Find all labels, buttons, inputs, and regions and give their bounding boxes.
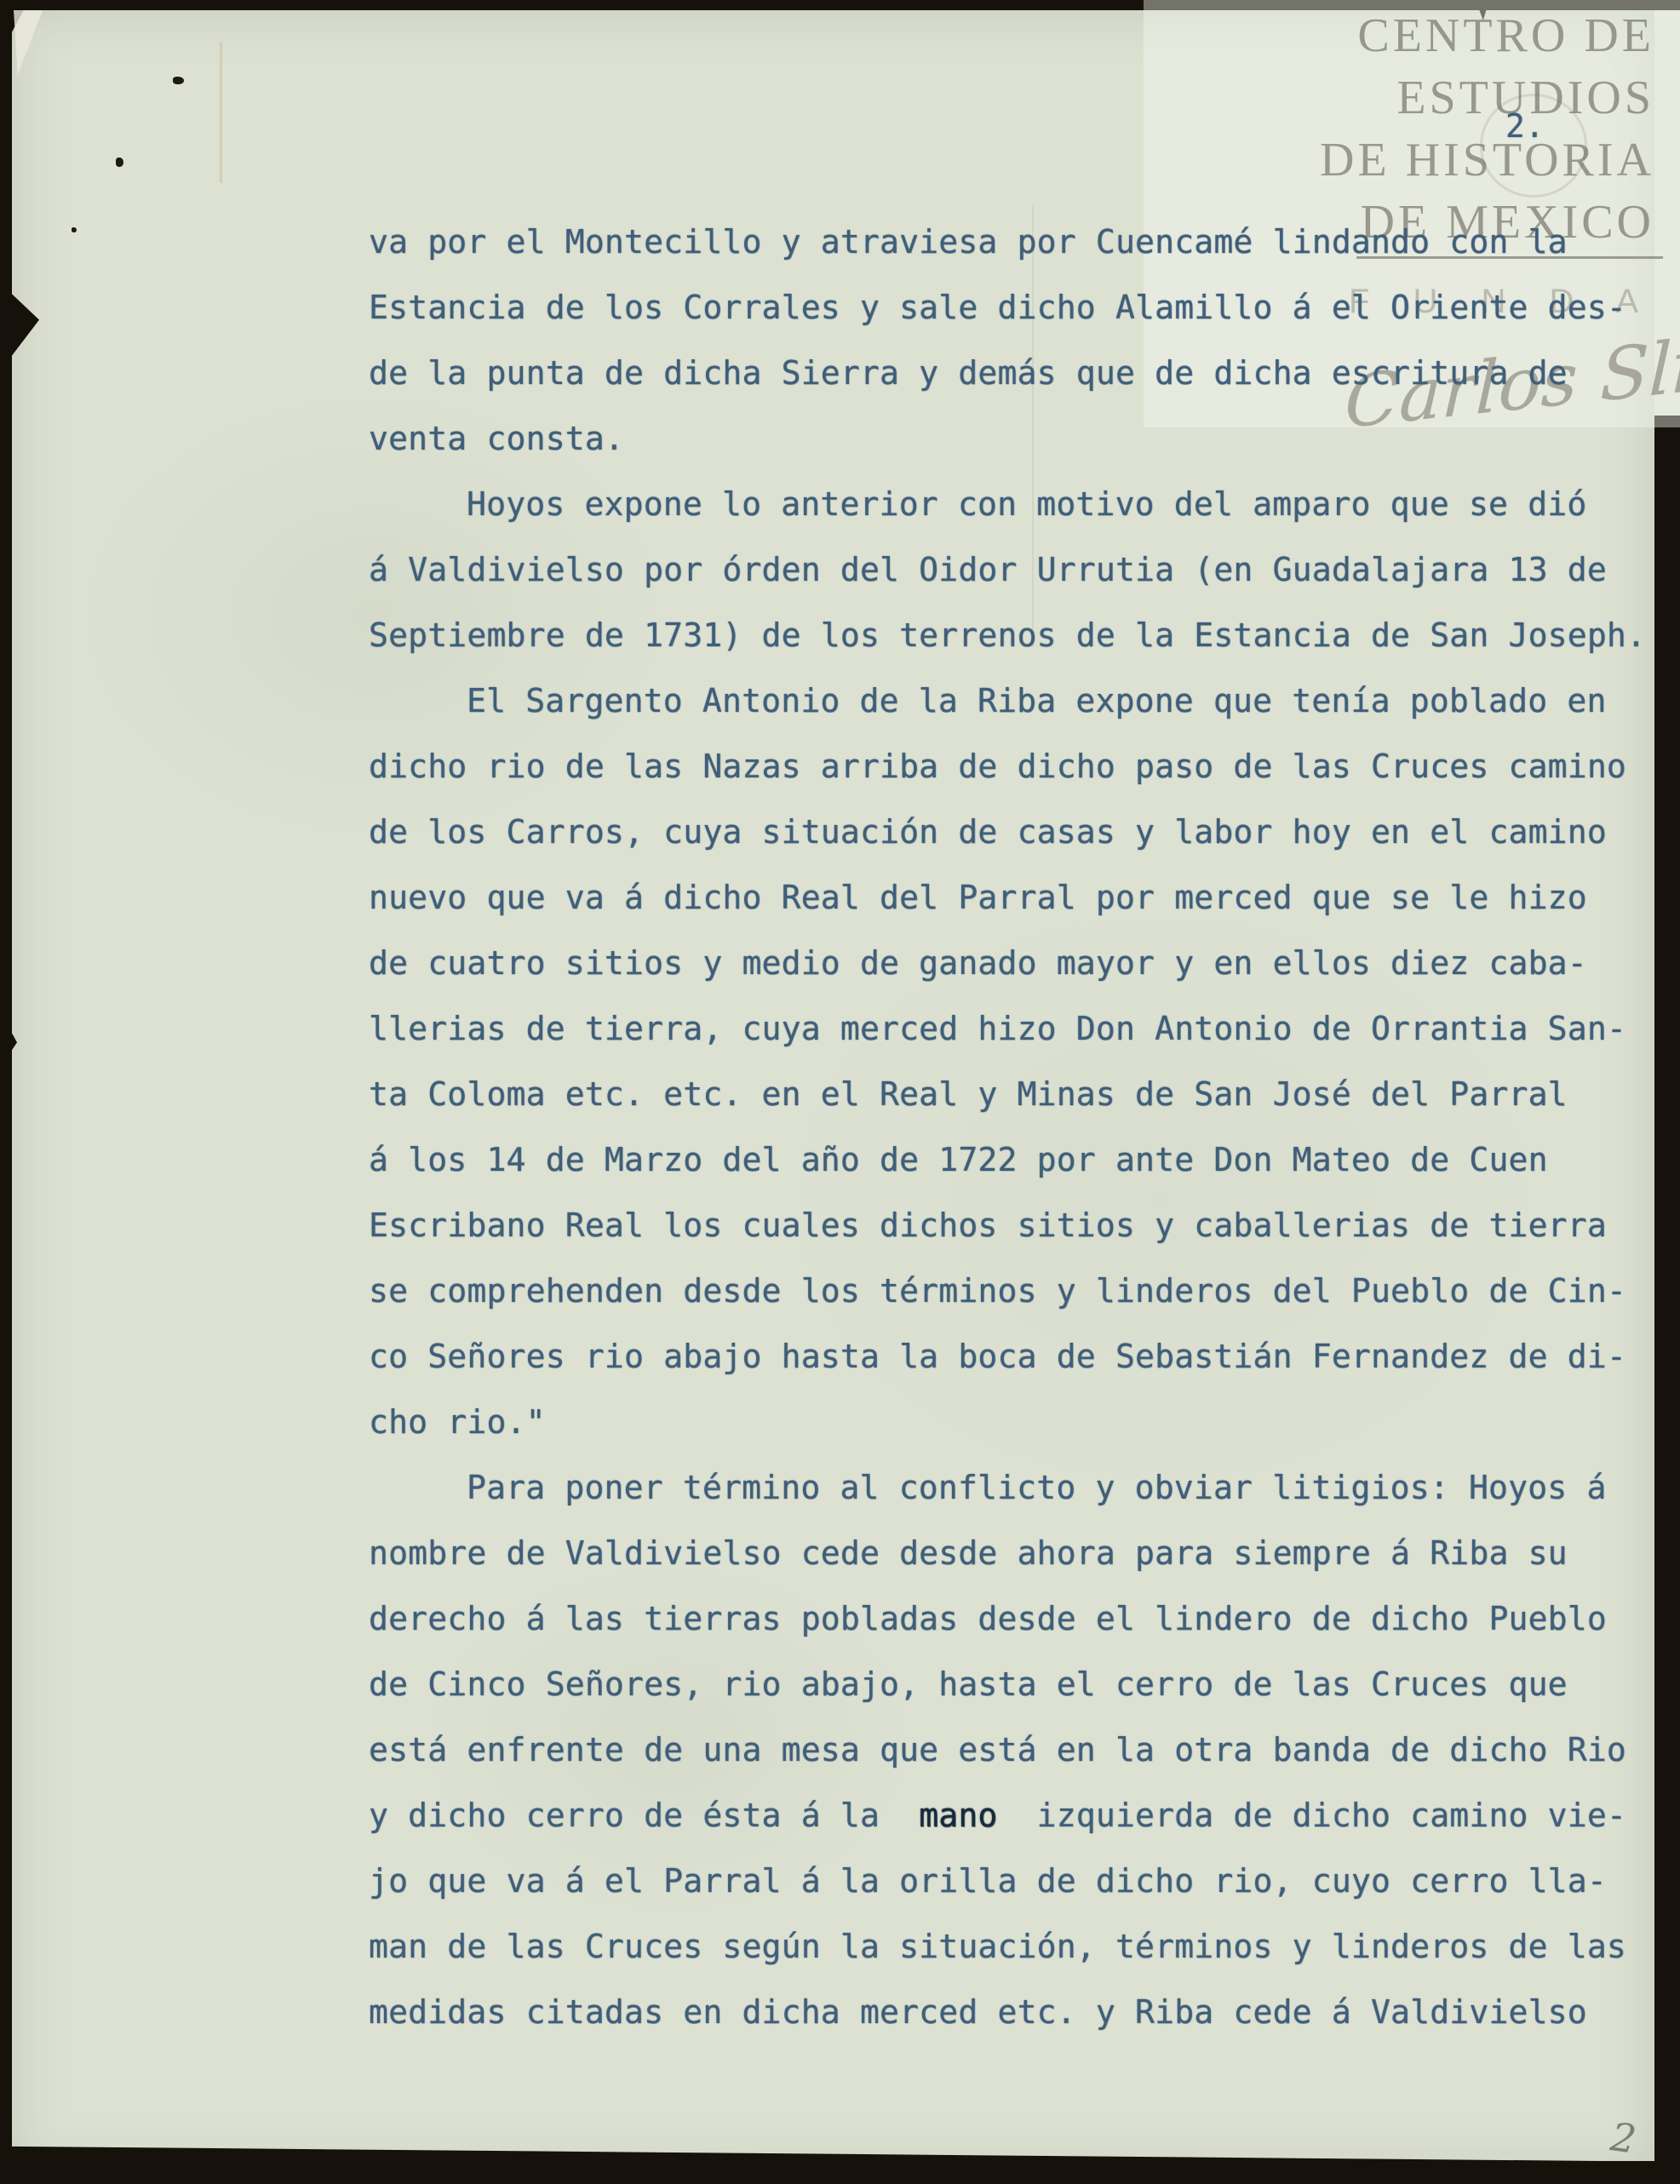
typewritten-line: se comprehenden desde los términos y lin… (369, 1272, 1626, 1310)
typewritten-line: nuevo que va á dicho Real del Parral por… (369, 879, 1587, 916)
typewritten-line: dicho rio de las Nazas arriba de dicho p… (369, 748, 1626, 785)
typewritten-line: jo que va á el Parral á la orilla de dic… (369, 1862, 1607, 1900)
line-text: nuevo que va á dicho Real del Parral por… (369, 879, 1587, 916)
line-text: á los 14 de Marzo del año de 1722 por an… (369, 1141, 1548, 1178)
line-text: está enfrente de una mesa que está en la… (369, 1731, 1626, 1768)
typewritten-line: nombre de Valdivielso cede desde ahora p… (369, 1534, 1568, 1572)
line-text: man de las Cruces según la situación, té… (369, 1928, 1626, 1965)
line-text: venta consta. (369, 420, 624, 457)
typewritten-line: de cuatro sitios y medio de ganado mayor… (369, 944, 1587, 982)
line-text: se comprehenden desde los términos y lin… (369, 1272, 1626, 1310)
typewritten-line: y dicho cerro de ésta á la mano izquierd… (369, 1797, 1626, 1834)
line-text: ta Coloma etc. etc. en el Real y Minas d… (369, 1075, 1568, 1113)
line-text: Para poner término al conflicto y obviar… (467, 1469, 1607, 1506)
line-text: y dicho cerro de ésta á la (369, 1797, 919, 1834)
typewritten-line: co Señores rio abajo hasta la boca de Se… (369, 1338, 1626, 1375)
typewritten-line: á Valdivielso por órden del Oidor Urruti… (369, 551, 1607, 588)
typewritten-line: Estancia de los Corrales y sale dicho Al… (369, 289, 1626, 326)
line-text: derecho á las tierras pobladas desde el … (369, 1600, 1607, 1637)
line-text: de Cinco Señores, rio abajo, hasta el ce… (369, 1665, 1568, 1703)
typewritten-line: ta Coloma etc. etc. en el Real y Minas d… (369, 1075, 1568, 1113)
typewritten-line: Hoyos expone lo anterior con motivo del … (369, 485, 1586, 523)
typewritten-line: Para poner término al conflicto y obviar… (369, 1469, 1607, 1506)
line-text: jo que va á el Parral á la orilla de dic… (369, 1862, 1607, 1900)
typewritten-line: derecho á las tierras pobladas desde el … (369, 1600, 1607, 1637)
typewritten-line: venta consta. (369, 420, 624, 457)
line-text: á Valdivielso por órden del Oidor Urruti… (369, 551, 1607, 588)
typewritten-line: medidas citadas en dicha merced etc. y R… (369, 1993, 1587, 2031)
line-text: de cuatro sitios y medio de ganado mayor… (369, 944, 1587, 982)
line-text: nombre de Valdivielso cede desde ahora p… (369, 1534, 1568, 1572)
typewritten-line: de Cinco Señores, rio abajo, hasta el ce… (369, 1665, 1568, 1703)
line-text: dicho rio de las Nazas arriba de dicho p… (369, 748, 1626, 785)
typewritten-line: El Sargento Antonio de la Riba expone qu… (369, 682, 1607, 719)
typewritten-text: va por el Montecillo y atraviesa por Cue… (0, 0, 1680, 2184)
scanned-document: CENTRO DE ESTUDIOS DE HISTORIA DE MEXICO… (0, 0, 1680, 2184)
typewritten-line: Septiembre de 1731) de los terrenos de l… (369, 616, 1646, 654)
line-text: Septiembre de 1731) de los terrenos de l… (369, 616, 1646, 654)
line-text: de los Carros, cuya situación de casas y… (369, 813, 1607, 851)
line-text: cho rio." (369, 1403, 546, 1441)
typewritten-line: de los Carros, cuya situación de casas y… (369, 813, 1607, 851)
line-text: de la punta de dicha Sierra y demás que … (369, 354, 1568, 392)
retyped-dark-word: mano (919, 1797, 997, 1834)
typewritten-line: va por el Montecillo y atraviesa por Cue… (369, 223, 1568, 261)
typewritten-line: de la punta de dicha Sierra y demás que … (369, 354, 1568, 392)
typewritten-line: man de las Cruces según la situación, té… (369, 1928, 1626, 1965)
typewritten-line: á los 14 de Marzo del año de 1722 por an… (369, 1141, 1548, 1178)
line-text: Hoyos expone lo anterior con motivo del … (467, 485, 1586, 523)
line-text: El Sargento Antonio de la Riba expone qu… (467, 682, 1607, 719)
line-text: Estancia de los Corrales y sale dicho Al… (369, 289, 1626, 326)
typewritten-line: está enfrente de una mesa que está en la… (369, 1731, 1626, 1768)
line-text: va por el Montecillo y atraviesa por Cue… (369, 223, 1568, 261)
line-text: llerias de tierra, cuya merced hizo Don … (369, 1010, 1626, 1047)
line-text: Escribano Real los cuales dichos sitios … (369, 1207, 1607, 1244)
line-text: co Señores rio abajo hasta la boca de Se… (369, 1338, 1626, 1375)
typewritten-line: cho rio." (369, 1403, 546, 1441)
typewritten-line: Escribano Real los cuales dichos sitios … (369, 1207, 1607, 1244)
line-text: izquierda de dicho camino vie- (998, 1797, 1627, 1834)
line-text: medidas citadas en dicha merced etc. y R… (369, 1993, 1587, 2031)
typewritten-line: llerias de tierra, cuya merced hizo Don … (369, 1010, 1626, 1047)
